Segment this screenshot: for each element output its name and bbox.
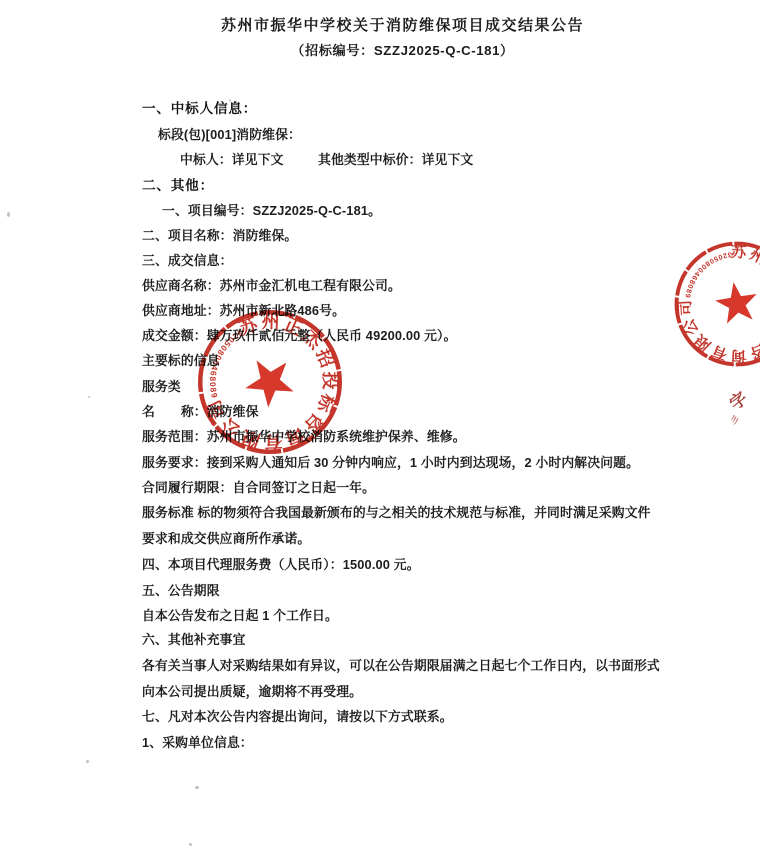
service-scope-line: 服务范围：苏州市振华中学校消防系统维护保养、维修。 [142, 426, 466, 445]
seal-fragment-strokes: 彡 [727, 412, 741, 428]
inquiry-contact-heading: 七、凡对本次公告内容提出询问，请按以下方式联系。 [142, 706, 453, 725]
announcement-period-line: 自本公告发布之日起 1 个工作日。 [142, 605, 338, 624]
svg-text:32050800468089: 32050800468089 [675, 242, 736, 303]
announcement-period-heading: 五、公告期限 [142, 580, 220, 599]
page-title: 苏州市振华中学校关于消防维保项目成交结果公告 [120, 14, 685, 35]
seal-ring [652, 219, 760, 390]
service-requirement-line: 服务要求：接到采购人通知后 30 分钟内响应，1 小时内到达现场，2 小时内解决… [142, 452, 639, 471]
svg-text:苏州正杰招投标咨询有限公司: 苏州正杰招投标咨询有限公司 [659, 227, 760, 391]
scan-speck [195, 786, 199, 789]
scan-speck [229, 99, 231, 102]
seal-fragment-glyph: 字 [723, 384, 752, 414]
supplier-address-line: 供应商地址：苏州市新北路486号。 [142, 300, 345, 319]
official-seal-right-edge: 苏州正杰招投标咨询有限公司 32050800468089 [645, 212, 760, 396]
main-subject-info-line: 主要标的信息 [142, 350, 220, 369]
scan-speck [86, 760, 89, 763]
seal-company-name: 苏州正杰招投标咨询有限公司 [192, 296, 362, 474]
purchaser-info-heading: 1、采购单位信息： [142, 732, 253, 751]
seal-registration-number: 32050800468089 [675, 242, 736, 303]
objection-line-1: 各有关当事人对采购结果如有异议，可以在公告期限届满之日起七个工作日内，以书面形式 [142, 655, 660, 674]
service-standard-line-1: 服务标准 标的物须符合我国最新颁布的与之相关的技术规范与标准，并同时满足采购文件 [142, 502, 651, 521]
project-number-line: 一、项目编号：SZZJ2025-Q-C-181。 [162, 200, 381, 219]
service-standard-line-2: 要求和成交供应商所作承诺。 [142, 528, 310, 547]
winner-label: 中标人：详见下文 [180, 149, 284, 168]
section-other-heading: 二、其他： [142, 174, 214, 194]
contract-period-line: 合同履行期限：自合同签订之日起一年。 [142, 477, 375, 496]
project-name-line: 二、项目名称：消防维保。 [142, 225, 297, 244]
service-name-line: 名 称：消防维保 [142, 401, 259, 420]
section-winner-info-heading: 一、中标人信息： [142, 97, 257, 117]
service-category-line: 服务类 [142, 376, 181, 395]
agency-fee-line: 四、本项目代理服务费（人民币）：1500.00 元。 [142, 554, 420, 573]
supplementary-heading: 六、其他补充事宜 [142, 629, 246, 648]
supplier-name-line: 供应商名称：苏州市金汇机电工程有限公司。 [142, 275, 401, 294]
svg-text:苏州正杰招投标咨询有限公司: 苏州正杰招投标咨询有限公司 [192, 296, 362, 474]
seal-star-icon [710, 277, 760, 335]
announcement-document: 苏州市振华中学校关于消防维保项目成交结果公告 （招标编号：SZZJ2025-Q-… [0, 0, 760, 850]
lot-package-line: 标段(包)[001]消防维保： [158, 124, 301, 143]
tender-number-subtitle: （招标编号：SZZJ2025-Q-C-181） [120, 40, 685, 59]
other-type-price-label: 其他类型中标价：详见下文 [318, 149, 473, 168]
objection-line-2: 向本公司提出质疑，逾期将不再受理。 [142, 681, 362, 700]
scan-speck [189, 843, 192, 846]
seal-company-name: 苏州正杰招投标咨询有限公司 [659, 227, 760, 391]
deal-amount-line: 成交金额：肆万玖仟贰佰元整（人民币 49200.00 元）。 [142, 325, 457, 344]
scan-speck [88, 396, 90, 398]
deal-info-heading: 三、成交信息： [142, 250, 233, 269]
scan-speck [7, 212, 10, 217]
